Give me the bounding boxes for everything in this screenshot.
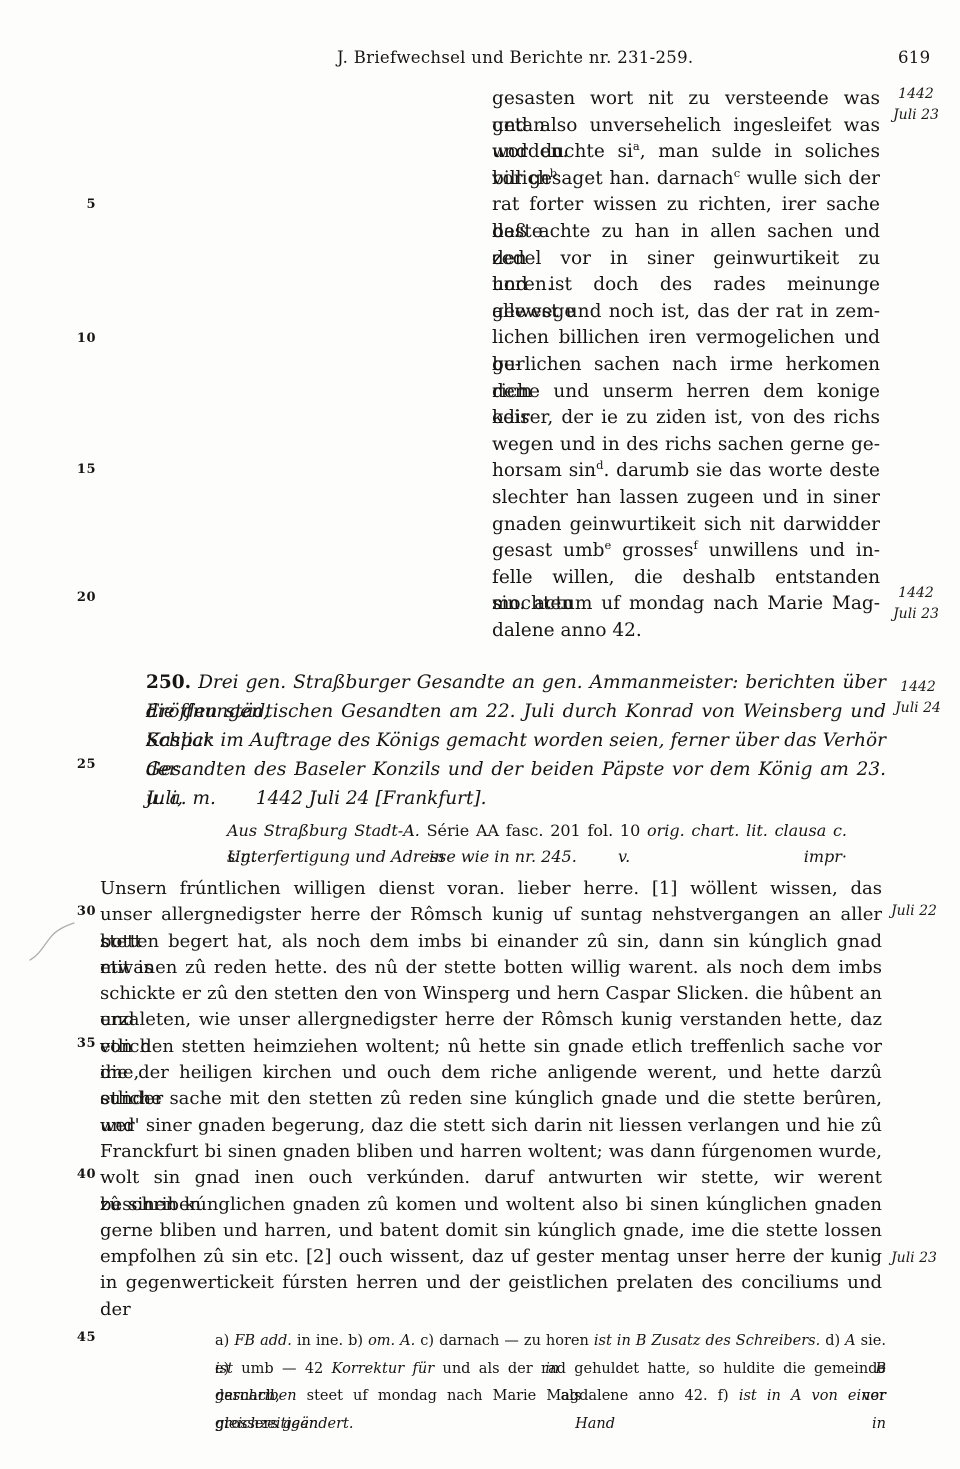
margin-date-note: 1442 Juli 23 — [882, 583, 950, 625]
text-line: gewest und noch ist, das der rat in zem- — [492, 299, 880, 326]
text-line: keiser, der ie zu ziden ist, von des ric… — [492, 405, 880, 432]
footnote-line: geschriben steet uf mondag nach Marie Ma… — [215, 1383, 886, 1411]
text-line: Gesandten des Baseler Konzils und der be… — [146, 755, 886, 784]
margin-date-note: Juli 23 — [880, 1248, 948, 1269]
text-line: riche und unserm herren dem konige odir — [492, 379, 880, 406]
line-number: 15 — [64, 462, 96, 477]
text-line: von den stetten heimziehen woltent; nû h… — [100, 1034, 882, 1060]
text-line: gesast umbe grossesf unwillens und in- — [492, 538, 880, 565]
line-number: 10 — [64, 331, 96, 346]
text-line: horsam sind. darumb sie das worte deste — [492, 458, 880, 485]
text-line: gesasten wort nit zu versteende was geta… — [492, 86, 880, 113]
text-line: Franckfurt bi sinen gnaden bliben und ha… — [100, 1139, 882, 1165]
margin-date-note: 1442 Juli 24 — [884, 677, 952, 719]
footnote-line: ist umb — 42 Korrektur für und als der r… — [215, 1356, 886, 1384]
text-line: Unsern frúntlichen willigen dienst voran… — [100, 876, 882, 902]
text-line: u. a. m.1442 Juli 24 [Frankfurt]. — [146, 784, 886, 813]
running-title: J. Briefwechsel und Berichte nr. 231-259… — [337, 48, 693, 67]
line-number: 25 — [64, 757, 96, 772]
text-line: und also unversehelich ingesleifet was w… — [492, 113, 880, 140]
margin-date-note: 1442 Juli 23 — [882, 84, 950, 126]
text-line: rat forter wissen zu richten, irer sache… — [492, 192, 880, 219]
text-line: gerne bliben und harren, und batent domi… — [100, 1218, 882, 1244]
line-number: 20 — [64, 590, 96, 605]
text-line: felle willen, die deshalb entstanden moc… — [492, 565, 880, 592]
text-line: baß achte zu han in allen sachen und den — [492, 219, 880, 246]
text-line: dalene anno 42. — [492, 618, 880, 645]
line-number: 30 — [64, 904, 96, 919]
text-line: die den städtischen Gesandten am 22. Jul… — [146, 697, 886, 726]
text-line: wegen und in des richs sachen gerne ge- — [492, 432, 880, 459]
handwritten-margin-mark — [26, 918, 82, 966]
doc-249-continuation-text: gesasten wort nit zu versteende was geta… — [492, 86, 880, 644]
page-number: 619 — [898, 48, 930, 67]
text-line: sin. actum uf mondag nach Marie Mag- — [492, 591, 880, 618]
text-line: die der heiligen kirchen und ouch dem ri… — [100, 1060, 882, 1086]
text-line: lichen billichen iren vermogelichen und … — [492, 325, 880, 352]
text-line: Aus Straßburg Stadt-A. Série AA fasc. 20… — [227, 818, 847, 844]
text-line: und duchte sia, man sulde in soliches bi… — [492, 139, 880, 166]
text-line: mit inen zû reden hette. des nû der stet… — [100, 955, 882, 981]
critical-apparatus-footnotes: a) FB add. in ine. b) om. A. c) darnach … — [192, 1328, 886, 1438]
text-line: botten begert hat, als noch dem imbs bi … — [100, 929, 882, 955]
text-line: zedel vor in siner geinwurtikeit zu hore… — [492, 246, 880, 273]
margin-date-note: Juli 22 — [880, 901, 948, 922]
doc-250-heading: 250. Drei gen. Straßburger Gesandte an g… — [100, 668, 886, 813]
text-line: wer' siner gnaden begerung, daz die stet… — [100, 1113, 882, 1139]
scanned-book-page: J. Briefwechsel und Berichte nr. 231-259… — [0, 0, 960, 1469]
text-line: zû sinen kúnglichen gnaden zû komen und … — [100, 1192, 882, 1218]
text-line: 250. Drei gen. Straßburger Gesandte an g… — [146, 668, 886, 697]
text-line: empfolhen zû sin etc. [2] ouch wissent, … — [100, 1244, 882, 1270]
line-number: 40 — [64, 1167, 96, 1182]
line-number: 5 — [64, 197, 96, 212]
text-line: Schlick im Auftrage des Königs gemacht w… — [146, 726, 886, 755]
text-line: unser allergnedigster herre der Rômsch k… — [100, 902, 882, 928]
line-number: 35 — [64, 1036, 96, 1051]
text-line: gnaden geinwurtikeit sich nit darwidder — [492, 512, 880, 539]
text-line: burlichen sachen nach irme herkomen dem — [492, 352, 880, 379]
text-line: erzaleten, wie unser allergnedigster her… — [100, 1007, 882, 1033]
doc-250-body-text: Unsern frúntlichen willigen dienst voran… — [100, 876, 882, 1297]
footnote-line: a) FB add. in ine. b) om. A. c) darnach … — [215, 1328, 886, 1356]
text-line: wolt sin gnad inen ouch verkúnden. daruf… — [100, 1165, 882, 1191]
text-line: slechter han lassen zugeen und in siner — [492, 485, 880, 512]
text-line: schickte er zû den stetten den von Winsp… — [100, 981, 882, 1007]
text-line: etliche sache mit den stetten zû reden s… — [100, 1086, 882, 1112]
doc-250-source-note: Aus Straßburg Stadt-A. Série AA fasc. 20… — [205, 818, 847, 870]
line-number: 45 — [64, 1330, 96, 1345]
text-line: und ist doch des rades meinunge allewege — [492, 272, 880, 299]
text-line: in gegenwertickeit fúrsten herren und de… — [100, 1270, 882, 1296]
text-line: vor gesaget han. darnachc wulle sich der — [492, 166, 880, 193]
